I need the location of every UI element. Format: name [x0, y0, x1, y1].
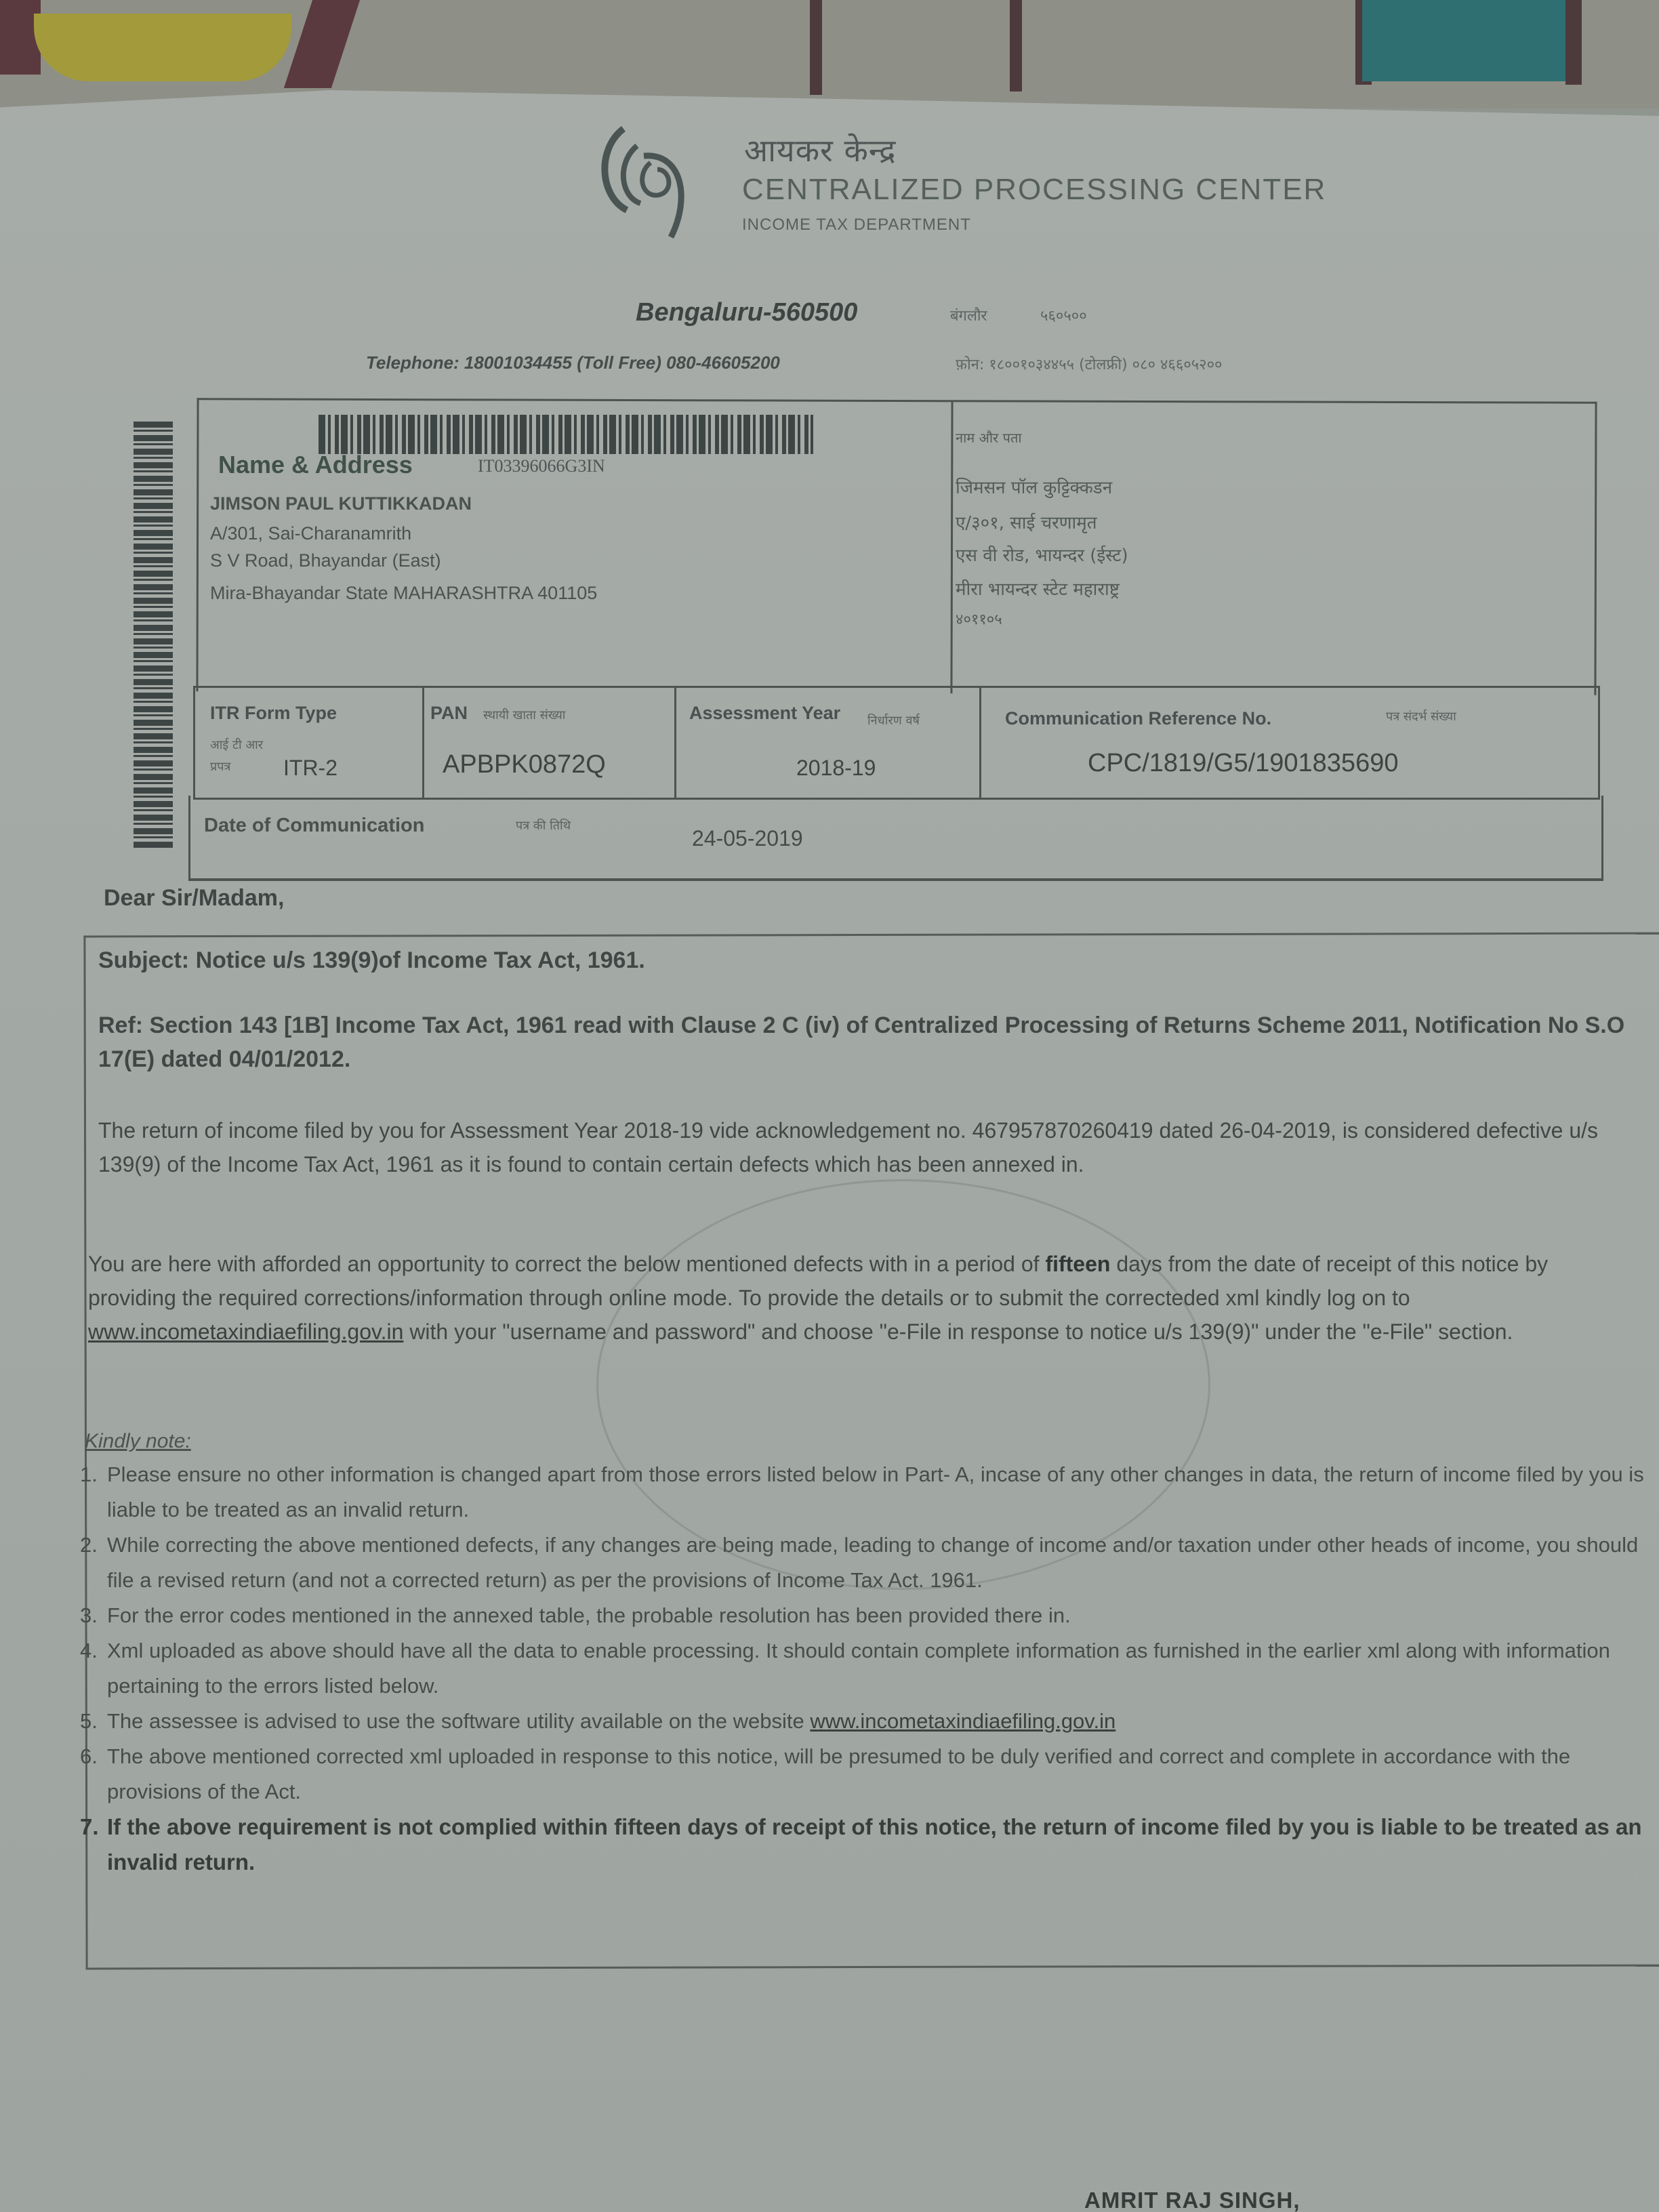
note-number: 5. — [80, 1704, 107, 1739]
fabric-pattern — [1565, 0, 1582, 85]
instructions-text: with your "username and password" and ch… — [403, 1319, 1513, 1344]
document-id: IT03396066G3IN — [478, 456, 605, 476]
org-name: CENTRALIZED PROCESSING CENTER — [742, 173, 1326, 207]
address-line-hindi: एस वी रोड, भायन्दर (ईस्ट) — [956, 542, 1128, 567]
address-line: Mira-Bhayandar State MAHARASHTRA 401105 — [210, 583, 597, 604]
city-address-hindi: बंगलौर — [950, 305, 987, 325]
address-box — [196, 398, 1597, 695]
fabric-pattern — [1362, 0, 1565, 81]
address-line-hindi: मीरा भायन्दर स्टेट महाराष्ट्र — [956, 576, 1120, 600]
kindly-note-heading: Kindly note: — [85, 1430, 191, 1453]
addressee-name-hindi: जिमसन पॉल कुट्टिक्कडन — [956, 474, 1112, 499]
itr-form-cell: ITR Form Type आई टी आर प्रपत्र ITR-2 — [195, 688, 424, 798]
address-line-hindi: ए/३०१, साई चरणामृत — [956, 510, 1097, 534]
note-number: 3. — [80, 1598, 107, 1633]
pan-label: PAN — [430, 703, 468, 724]
city-pin-hindi: ५६०५०० — [1040, 305, 1087, 325]
assessment-year-cell: Assessment Year निर्धारण वर्ष 2018-19 — [674, 688, 981, 798]
note-number: 4. — [80, 1633, 107, 1668]
defect-paragraph: The return of income filed by you for As… — [98, 1113, 1650, 1181]
fifteen-days-emphasis: fifteen — [1045, 1252, 1110, 1276]
reference-no-value: CPC/1819/G5/1901835690 — [1088, 749, 1398, 778]
subject-line: Subject: Notice u/s 139(9)of Income Tax … — [98, 943, 1650, 977]
department-name: INCOME TAX DEPARTMENT — [742, 216, 971, 234]
note-text: The assessee is advised to use the softw… — [107, 1709, 810, 1733]
note-item: 2.While correcting the above mentioned d… — [68, 1528, 1659, 1598]
reference-no-cell: Communication Reference No. पत्र संदर्भ … — [979, 688, 1596, 798]
note-text: While correcting the above mentioned def… — [107, 1533, 1638, 1592]
name-address-label: Name & Address — [218, 451, 413, 479]
side-barcode-icon — [134, 422, 173, 848]
date-of-communication-value: 24-05-2019 — [692, 826, 803, 851]
signatory-name: AMRIT RAJ SINGH, — [1084, 2188, 1300, 2212]
itr-form-label: ITR Form Type — [210, 703, 337, 724]
note-item: 3.For the error codes mentioned in the a… — [68, 1598, 1659, 1633]
date-of-communication-label: Date of Communication — [204, 815, 424, 837]
divider — [950, 402, 953, 693]
note-text: The above mentioned corrected xml upload… — [107, 1744, 1570, 1803]
pan-cell: PAN स्थायी खाता संख्या APBPK0872Q — [422, 688, 676, 798]
assessment-year-label-hindi: निर्धारण वर्ष — [867, 712, 920, 729]
pan-label-hindi: स्थायी खाता संख्या — [483, 707, 565, 723]
note-number: 1. — [80, 1457, 107, 1492]
name-address-label-hindi: नाम और पता — [956, 428, 1022, 447]
background-fabric — [0, 0, 1659, 108]
addressee-name: JIMSON PAUL KUTTIKKADAN — [210, 493, 472, 514]
reference-no-label-hindi: पत्र संदर्भ संख्या — [1386, 708, 1456, 724]
note-number: 6. — [80, 1739, 107, 1774]
date-of-communication-label-hindi: पत्र की तिथि — [516, 817, 571, 834]
note-text: Please ensure no other information is ch… — [107, 1462, 1644, 1521]
cpc-logo-icon — [596, 122, 698, 244]
note-item: 6.The above mentioned corrected xml uplo… — [68, 1739, 1659, 1809]
instructions-paragraph: You are here with afforded an opportunit… — [88, 1247, 1640, 1349]
address-pin-hindi: ४०११०५ — [956, 609, 1002, 629]
itr-form-label-hindi: आई टी आर — [210, 737, 263, 753]
fabric-pattern — [284, 0, 360, 88]
note-text: Xml uploaded as above should have all th… — [107, 1639, 1610, 1698]
note-text: For the error codes mentioned in the ann… — [107, 1603, 1071, 1627]
instructions-text: You are here with afforded an opportunit… — [88, 1252, 1045, 1276]
city-address: Bengaluru-560500 — [636, 298, 857, 327]
reference-no-label: Communication Reference No. — [1005, 708, 1271, 729]
itr-form-label-hindi: प्रपत्र — [210, 758, 230, 775]
efiling-website-link[interactable]: www.incometaxindiaefiling.gov.in — [88, 1319, 403, 1344]
efiling-website-link[interactable]: www.incometaxindiaefiling.gov.in — [810, 1709, 1115, 1733]
notes-list: 1.Please ensure no other information is … — [68, 1457, 1659, 1880]
itr-form-value: ITR-2 — [283, 756, 337, 781]
address-line: S V Road, Bhayandar (East) — [210, 550, 441, 571]
note-item: 4.Xml uploaded as above should have all … — [68, 1633, 1659, 1704]
date-row: Date of Communication पत्र की तिथि 24-05… — [188, 796, 1603, 881]
note-item: 5.The assessee is advised to use the sof… — [68, 1704, 1659, 1739]
org-name-hindi: आयकर केन्द्र — [744, 129, 896, 171]
note-item: 1.Please ensure no other information is … — [68, 1457, 1659, 1528]
note-text: If the above requirement is not complied… — [107, 1814, 1642, 1875]
details-table: ITR Form Type आई टी आर प्रपत्र ITR-2 PAN… — [193, 686, 1600, 800]
salutation: Dear Sir/Madam, — [104, 885, 284, 912]
reference-line: Ref: Section 143 [1B] Income Tax Act, 19… — [98, 1008, 1650, 1076]
note-item: 7.If the above requirement is not compli… — [68, 1809, 1659, 1880]
assessment-year-label: Assessment Year — [689, 703, 840, 724]
assessment-year-value: 2018-19 — [796, 756, 876, 781]
fabric-pattern — [1010, 0, 1022, 91]
note-number: 2. — [80, 1528, 107, 1563]
address-line: A/301, Sai-Charanamrith — [210, 523, 411, 544]
note-number: 7. — [80, 1809, 107, 1845]
telephone-hindi: फ़ोन: १८००१०३४४५५ (टोलफ्री) ०८० ४६६०५२०० — [956, 354, 1222, 374]
fabric-pattern — [810, 0, 822, 95]
telephone: Telephone: 18001034455 (Toll Free) 080-4… — [366, 352, 780, 373]
fabric-pattern — [34, 14, 291, 81]
pan-value: APBPK0872Q — [443, 750, 606, 779]
